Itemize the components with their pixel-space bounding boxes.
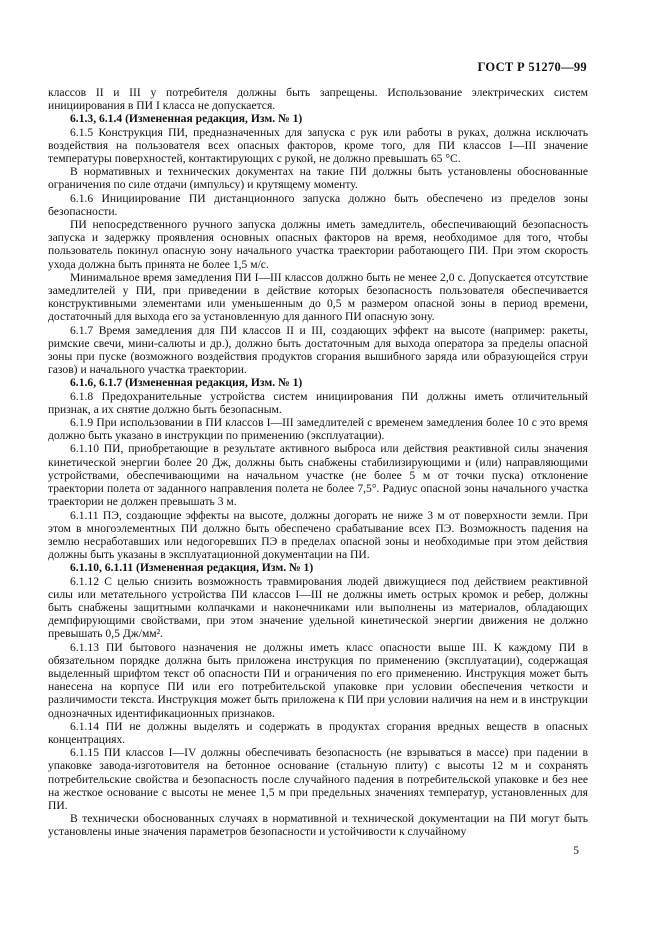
amendment-heading: 6.1.10, 6.1.11 (Измененная редакция, Изм… <box>48 561 588 574</box>
amendment-heading: 6.1.3, 6.1.4 (Измененная редакция, Изм. … <box>48 112 588 125</box>
page-number: 5 <box>48 845 579 857</box>
paragraph: В технически обоснованных случаях в норм… <box>48 812 588 838</box>
paragraph: Минимальное время замедления ПИ I—III кл… <box>48 271 588 324</box>
running-header: ГОСТ Р 51270—99 <box>48 60 587 75</box>
document-page: ГОСТ Р 51270—99 классов II и III у потре… <box>0 0 661 936</box>
paragraph: 6.1.8 Предохранительные устройства систе… <box>48 390 588 416</box>
document-body: классов II и III у потребителя должны бы… <box>48 86 588 839</box>
paragraph: 6.1.12 С целью снизить возможность травм… <box>48 575 588 641</box>
paragraph: классов II и III у потребителя должны бы… <box>48 86 588 112</box>
paragraph: 6.1.5 Конструкция ПИ, предназначенных дл… <box>48 126 588 166</box>
paragraph: В нормативных и технических документах н… <box>48 165 588 191</box>
paragraph: 6.1.14 ПИ не должны выделять и содержать… <box>48 720 588 746</box>
paragraph: 6.1.9 При использовании в ПИ классов I—I… <box>48 416 588 442</box>
paragraph: 6.1.7 Время замедления для ПИ классов II… <box>48 324 588 377</box>
amendment-heading: 6.1.6, 6.1.7 (Измененная редакция, Изм. … <box>48 376 588 389</box>
paragraph: 6.1.11 ПЭ, создающие эффекты на высоте, … <box>48 509 588 562</box>
paragraph: 6.1.13 ПИ бытового назначения не должны … <box>48 641 588 720</box>
paragraph: 6.1.6 Инициирование ПИ дистанционного за… <box>48 192 588 218</box>
paragraph: 6.1.10 ПИ, приобретающие в результате ак… <box>48 442 588 508</box>
paragraph: ПИ непосредственного ручного запуска дол… <box>48 218 588 271</box>
paragraph: 6.1.15 ПИ классов I—IV должны обеспечива… <box>48 746 588 812</box>
